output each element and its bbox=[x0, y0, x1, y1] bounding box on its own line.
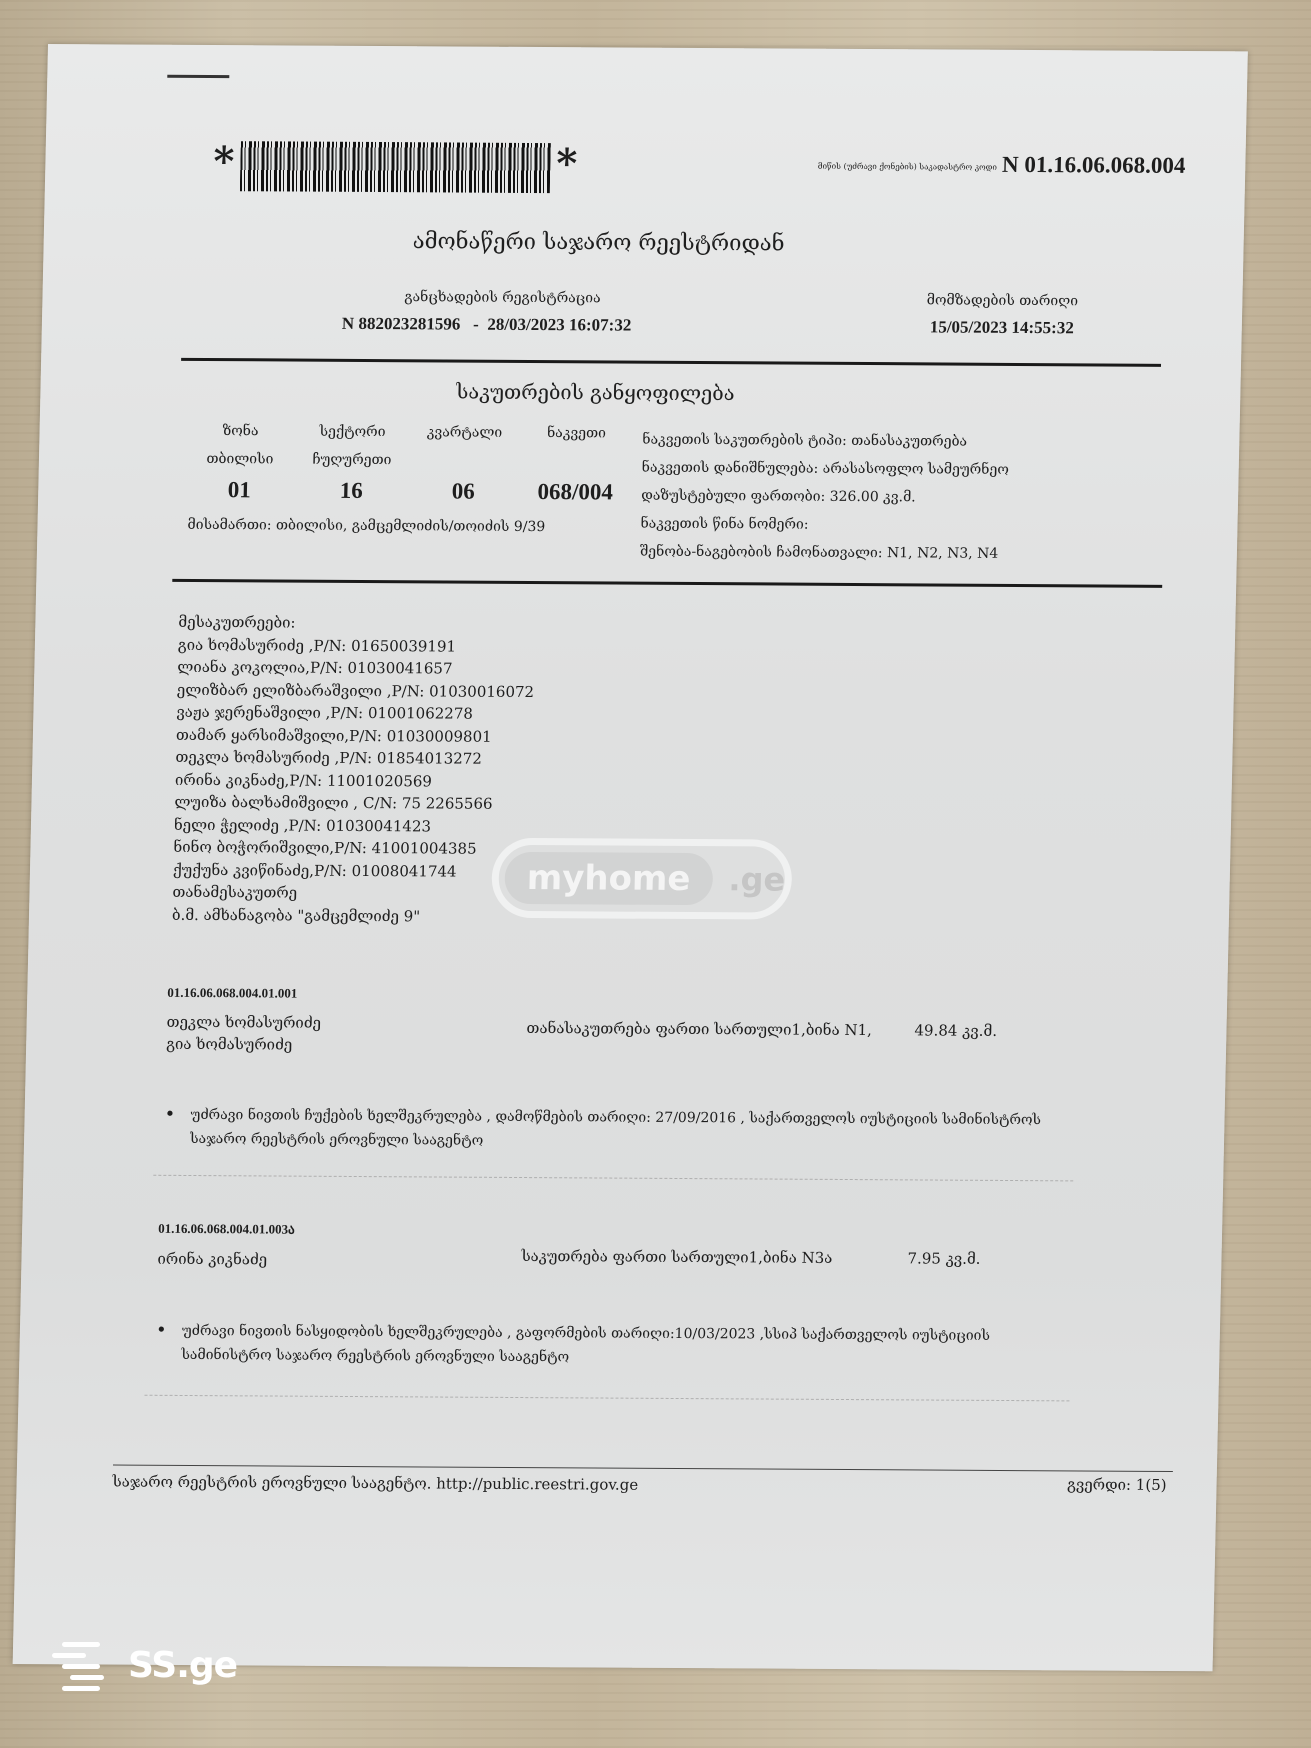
bullet-icon: • bbox=[164, 1103, 175, 1127]
parcel-code-grid: ზონა სექტორი კვარტალი ნაკვეთი თბილისი ჩუ… bbox=[183, 423, 635, 516]
prepared-date-value: 15/05/2023 14:55:32 bbox=[902, 317, 1102, 338]
owner-item: ირინა კიკნაძე,P/N: 11001020569 bbox=[175, 768, 533, 793]
owners-heading: მესაკუთრეები: bbox=[178, 611, 536, 636]
unit-note: • უძრავი ნივთის ჩუქების ხელშეკრულება , დ… bbox=[190, 1103, 1091, 1156]
owner-item: გია ხომასურიძე ,P/N: 01650039191 bbox=[178, 633, 536, 658]
barcode-star-left: * bbox=[213, 142, 235, 182]
watermark-suffix: .ge bbox=[728, 860, 786, 898]
unit-owner: თეკლა ხომასურიძე bbox=[166, 1011, 321, 1034]
watermark-main: myhome bbox=[504, 852, 713, 905]
parcel-grid-headers: ზონა სექტორი კვარტალი ნაკვეთი bbox=[184, 423, 635, 454]
registration-label: განცხადების რეგისტრაცია bbox=[352, 289, 652, 307]
footer-agency: საჯარო რეესტრის ეროვნული სააგენტო. http:… bbox=[112, 1473, 638, 1494]
unit-area: 49.84 კვ.მ. bbox=[914, 1021, 997, 1040]
corner-mark bbox=[167, 75, 229, 78]
quarter-value: 06 bbox=[407, 478, 520, 515]
unit-owners: ირინა კიკნაძე bbox=[157, 1248, 267, 1271]
parcel-grid-values: 01 16 06 068/004 bbox=[183, 477, 634, 516]
document-title: ამონაწერი საჯარო რეესტრიდან bbox=[43, 227, 1153, 259]
previous-number: ნაკვეთის წინა ნომერი: bbox=[640, 510, 1008, 540]
divider bbox=[172, 579, 1162, 588]
owner-item: ნინო ბოჭორიშვილი,P/N: 41001004385 bbox=[173, 836, 531, 861]
owner-item: ნელი ჭელიძე ,P/N: 01030041423 bbox=[174, 813, 532, 838]
divider bbox=[181, 358, 1161, 367]
quarter-label: კვარტალი bbox=[408, 424, 521, 453]
buildings-list: შენობა-ნაგებობის ჩამონათვალი: N1, N2, N3… bbox=[640, 538, 1008, 568]
unit-owner: ირინა კიკნაძე bbox=[157, 1248, 267, 1271]
land-purpose: ნაკვეთის დანიშნულება: არასასოფლო სამეურნ… bbox=[641, 454, 1009, 484]
registration-value: N 882023281596 - 28/03/2023 16:07:32 bbox=[342, 314, 632, 336]
owner-item: ვაჟა ჯერენაშვილი ,P/N: 01001062278 bbox=[176, 701, 534, 726]
dotted-separator bbox=[153, 1175, 1073, 1182]
sector-value: 16 bbox=[295, 478, 408, 515]
zone-name: თბილისი bbox=[184, 451, 297, 478]
owners-list: მესაკუთრეები: გია ხომასურიძე ,P/N: 01650… bbox=[172, 611, 536, 928]
registry-extract-document: * * მიწის (უძრავი ქონების) საკადასტრო კო… bbox=[13, 44, 1248, 1671]
menu-lines-icon bbox=[52, 1640, 110, 1690]
address: მისამართი: თბილისი, გამცემლიძის/თოიძის 9… bbox=[187, 517, 545, 535]
unit-description: თანასაკუთრება ფართი სართული1,ბინა N1, bbox=[526, 1019, 872, 1039]
barcode-bars bbox=[240, 141, 551, 193]
barcode-star-right: * bbox=[556, 144, 578, 184]
unit-description: საკუთრება ფართი სართული1,ბინა N3ა bbox=[521, 1247, 832, 1267]
section-title: საკუთრების განყოფილება bbox=[40, 377, 1150, 408]
zone-value: 01 bbox=[183, 477, 296, 514]
specified-area: დაზუსტებული ფართობი: 326.00 კვ.მ. bbox=[641, 482, 1009, 512]
co-owner-association: ბ.მ. ამხანაგობა "გამცემლიძე 9" bbox=[172, 903, 530, 928]
owner-item: თეკლა ხომასურიძე ,P/N: 01854013272 bbox=[175, 746, 533, 771]
parcel-info: ნაკვეთის საკუთრების ტიპი: თანასაკუთრება … bbox=[640, 426, 1010, 568]
footer-divider bbox=[113, 1465, 1173, 1472]
unit-area: 7.95 კვ.მ. bbox=[907, 1249, 980, 1267]
zone-label: ზონა bbox=[184, 423, 297, 452]
page-number: გვერდი: 1(5) bbox=[1016, 1475, 1166, 1494]
parcel-value: 068/004 bbox=[519, 479, 632, 516]
parcel-grid-subs: თბილისი ჩუღურეთი bbox=[184, 451, 635, 480]
unit-code: 01.16.06.068.004.01.003ა bbox=[158, 1221, 295, 1238]
unit-owners: თეკლა ხომასურიძე გია ხომასურიძე bbox=[166, 1011, 321, 1056]
cadastral-code: მიწის (უძრავი ქონების) საკადასტრო კოდი N… bbox=[685, 150, 1186, 179]
unit-code: 01.16.06.068.004.01.001 bbox=[167, 985, 297, 1002]
parcel-label: ნაკვეთი bbox=[520, 425, 633, 454]
sector-label: სექტორი bbox=[296, 424, 409, 453]
owner-item: ელიზბარ ელიზბარაშვილი ,P/N: 01030016072 bbox=[177, 678, 535, 703]
owner-item: ლუიზა ბალხამიშვილი , C/N: 75 2265566 bbox=[174, 791, 532, 816]
quarter-name bbox=[408, 452, 521, 479]
unit-note: • უძრავი ნივთის ნასყიდობის ხელშეკრულება … bbox=[181, 1319, 1082, 1372]
co-owner-label: თანამესაკუთრე bbox=[172, 881, 530, 906]
barcode: * * bbox=[213, 140, 578, 194]
dotted-separator bbox=[145, 1395, 1070, 1402]
sector-name: ჩუღურეთი bbox=[296, 452, 409, 479]
owner-item: ქუქუნა კვიწინაძე,P/N: 01008041744 bbox=[173, 858, 531, 883]
owner-item: ლიანა კოკოლია,P/N: 01030041657 bbox=[177, 656, 535, 681]
prepared-date-label: მომზადების თარიღი bbox=[902, 292, 1102, 309]
parcel-name bbox=[520, 453, 633, 480]
myhome-watermark: myhome .ge bbox=[491, 838, 793, 920]
ss-ge-logo-text: SS.ge bbox=[128, 1645, 237, 1686]
bullet-icon: • bbox=[156, 1319, 167, 1343]
ownership-type: ნაკვეთის საკუთრების ტიპი: თანასაკუთრება bbox=[642, 426, 1010, 456]
cadastral-code-value: N 01.16.06.068.004 bbox=[1002, 152, 1186, 178]
ss-ge-logo: SS.ge bbox=[52, 1640, 237, 1690]
unit-owner: გია ხომასურიძე bbox=[166, 1033, 321, 1056]
cadastral-code-label: მიწის (უძრავი ქონების) საკადასტრო კოდი bbox=[818, 162, 997, 172]
owner-item: თამარ ყარსიმაშვილი,P/N: 01030009801 bbox=[176, 723, 534, 748]
